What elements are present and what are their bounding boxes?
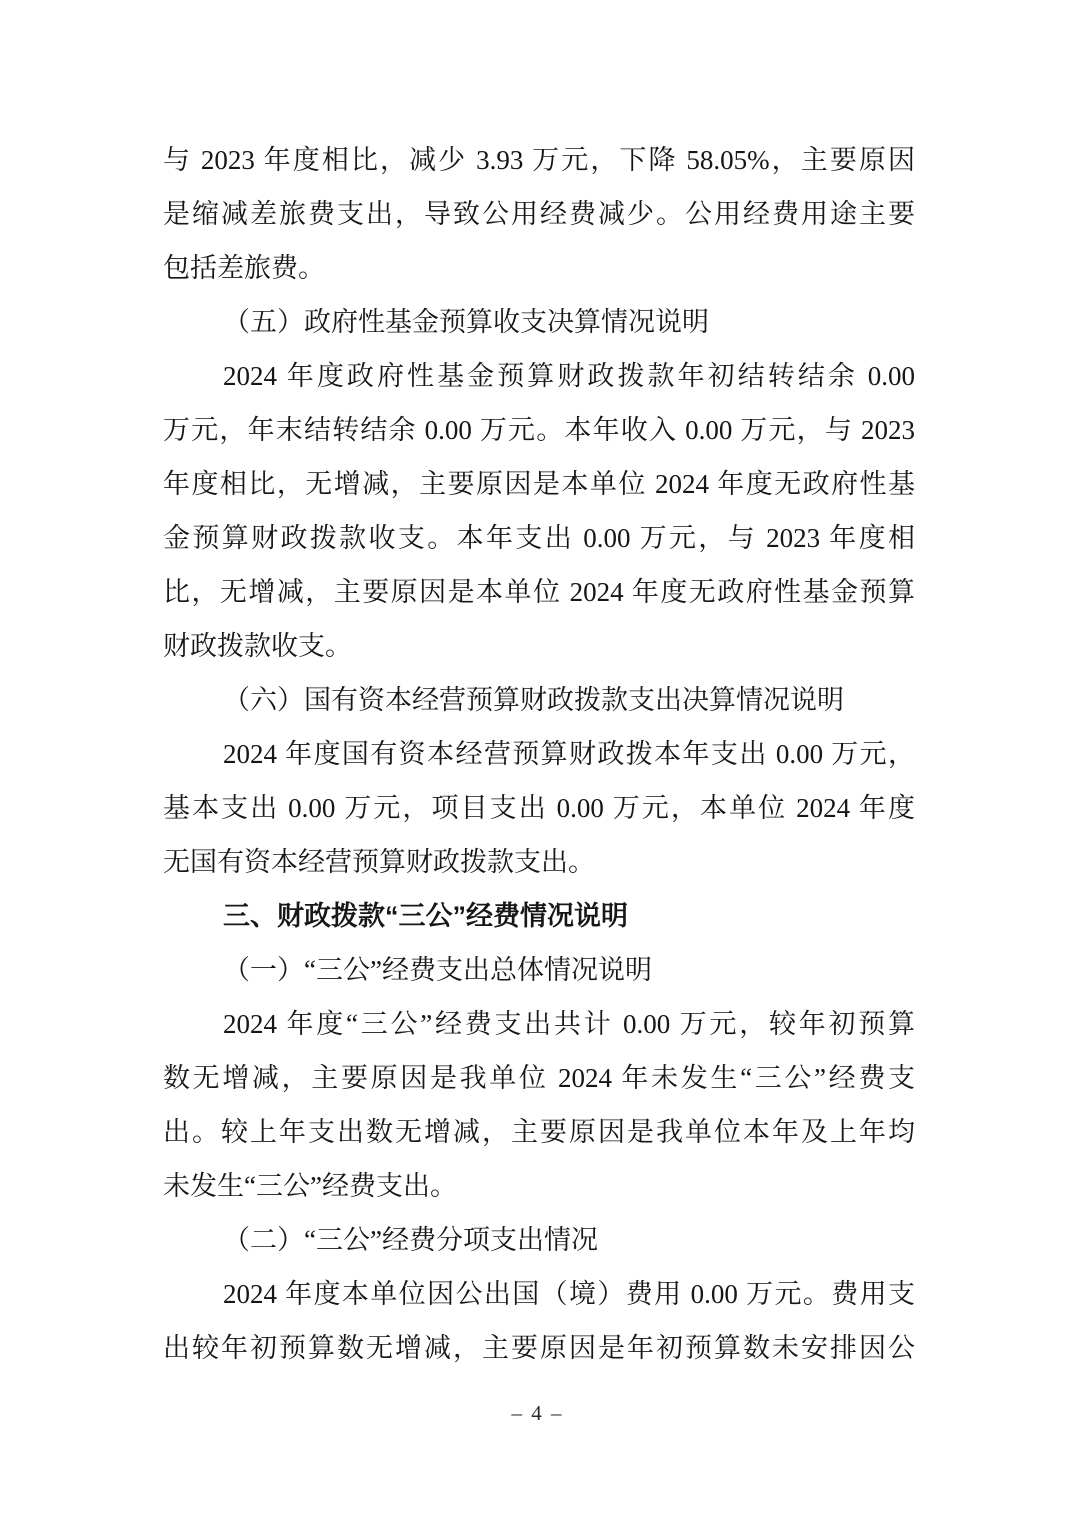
paragraph-line: 比，无增减，主要原因是本单位 2024 年度无政府性基金预算 [163, 565, 915, 619]
paragraph-line: 金预算财政拨款收支。本年支出 0.00 万元，与 2023 年度相 [163, 511, 915, 565]
paragraph-line: 年度相比，无增减，主要原因是本单位 2024 年度无政府性基 [163, 457, 915, 511]
paragraph-line: 2024 年度政府性基金预算财政拨款年初结转结余 0.00 [163, 349, 915, 403]
paragraph-line: 是缩减差旅费支出，导致公用经费减少。公用经费用途主要 [163, 187, 915, 241]
page-body: 与 2023 年度相比，减少 3.93 万元，下降 58.05%，主要原因是缩减… [163, 133, 915, 1375]
paragraph-line: 万元，年末结转结余 0.00 万元。本年收入 0.00 万元，与 2023 [163, 403, 915, 457]
paragraph-line: 基本支出 0.00 万元，项目支出 0.00 万元，本单位 2024 年度 [163, 781, 915, 835]
paragraph-line: 出较年初预算数无增减，主要原因是年初预算数未安排因公 [163, 1321, 915, 1375]
paragraph-line: 与 2023 年度相比，减少 3.93 万元，下降 58.05%，主要原因 [163, 133, 915, 187]
paragraph-line: 未发生“三公”经费支出。 [163, 1159, 915, 1213]
section-heading: （二）“三公”经费分项支出情况 [163, 1213, 915, 1267]
section-heading: （五）政府性基金预算收支决算情况说明 [163, 295, 915, 349]
paragraph-line: 2024 年度国有资本经营预算财政拨本年支出 0.00 万元， [163, 727, 915, 781]
paragraph-line: 数无增减，主要原因是我单位 2024 年未发生“三公”经费支 [163, 1051, 915, 1105]
paragraph-line: 包括差旅费。 [163, 241, 915, 295]
section-heading: （六）国有资本经营预算财政拨款支出决算情况说明 [163, 673, 915, 727]
paragraph-line: 2024 年度“三公”经费支出共计 0.00 万元，较年初预算 [163, 997, 915, 1051]
chapter-heading: 三、财政拨款“三公”经费情况说明 [163, 889, 915, 943]
paragraph-line: 出。较上年支出数无增减，主要原因是我单位本年及上年均 [163, 1105, 915, 1159]
document-page: 与 2023 年度相比，减少 3.93 万元，下降 58.05%，主要原因是缩减… [0, 0, 1075, 1520]
paragraph-line: 无国有资本经营预算财政拨款支出。 [163, 835, 915, 889]
paragraph-line: 财政拨款收支。 [163, 619, 915, 673]
paragraph-line: 2024 年度本单位因公出国（境）费用 0.00 万元。费用支 [163, 1267, 915, 1321]
page-number: – 4 – [0, 1398, 1075, 1428]
section-heading: （一）“三公”经费支出总体情况说明 [163, 943, 915, 997]
